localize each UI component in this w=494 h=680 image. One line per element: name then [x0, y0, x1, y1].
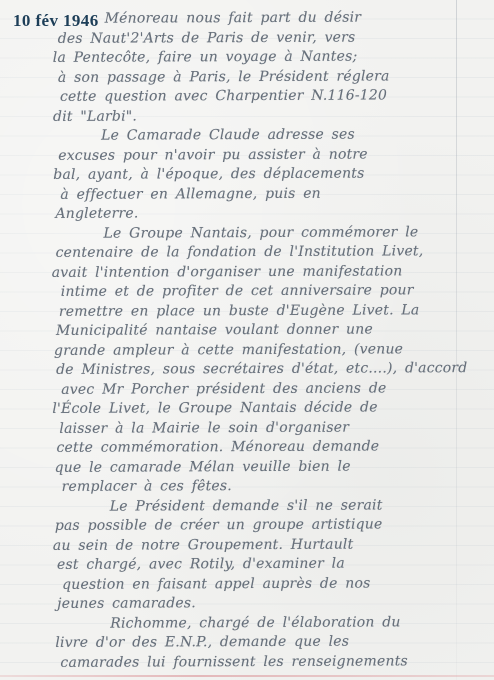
handwriting-line: l'École Livet, le Groupe Nantais décide … [52, 398, 460, 419]
handwriting-line: grande ampleur à cette manifestation, (v… [54, 340, 460, 361]
handwriting-line: Le Président demande s'il ne serait [60, 496, 461, 517]
handwriting-line: bal, ayant, à l'époque, des déplacements [53, 164, 459, 185]
handwriting-line: cette question avec Charpentier N.116-12… [60, 86, 459, 107]
handwriting-line: pas possible de créer un groupe artistiq… [55, 515, 461, 536]
handwriting-line: Richomme, chargé de l'élaboration du [60, 613, 461, 634]
handwriting-line: que le camarade Mélan veuille bien le [55, 457, 461, 478]
handwriting-line: question en faisant appel auprès de nos [62, 574, 461, 595]
handwriting-line: Municipalité nantaise voulant donner une [56, 320, 460, 341]
handwriting-line: remplacer à ces fêtes. [62, 476, 461, 497]
handwriting-line: Ménoreau nous fait part du désir [55, 8, 459, 29]
handwriting-line: camarades lui fournissent les renseignem… [60, 652, 461, 673]
handwriting-line: centenaire de la fondation de l'Institut… [56, 242, 460, 263]
handwriting-line: au sein de notre Groupement. Hurtault [53, 535, 461, 556]
handwritten-text: Ménoreau nous fait part du désirdes Naut… [55, 8, 462, 673]
handwriting-line: excuses pour n'avoir pu assister à notre [58, 145, 459, 166]
handwriting-line: Angleterre. [55, 203, 459, 224]
handwriting-line: livre d'or des E.N.P., demande que les [55, 632, 461, 653]
scanned-page: 10 fév 1946 Ménoreau nous fait part du d… [0, 0, 494, 680]
handwriting-line: jeunes camarades. [57, 593, 461, 614]
handwriting-line: la Pentecôte, faire un voyage à Nantes; [53, 47, 459, 68]
handwriting-line: est chargé, avec Rotily, d'examiner la [57, 554, 461, 575]
handwriting-line: avait l'intention d'organiser une manife… [52, 262, 460, 283]
handwriting-line: dit "Larbi". [53, 106, 459, 127]
bottom-page-edge [0, 675, 494, 677]
handwriting-line: remettre en place un buste d'Eugène Live… [59, 301, 460, 322]
handwriting-line: intime et de profiter de cet anniversair… [61, 281, 460, 302]
handwriting-line: des Naut'2'Arts de Paris de venir, vers [58, 28, 459, 49]
handwriting-line: avec Mr Porcher président des anciens de [61, 379, 460, 400]
handwriting-line: Le Camarade Claude adresse ses [51, 125, 459, 146]
handwriting-line: à effectuer en Allemagne, puis en [60, 184, 459, 205]
handwriting-line: Le Groupe Nantais, pour commémorer le [53, 223, 459, 244]
handwriting-line: cette commémoration. Ménoreau demande [56, 437, 460, 458]
handwriting-line: de Ministres, sous secrétaires d'état, e… [56, 359, 460, 380]
handwriting-line: à son passage à Paris, le Président régl… [58, 67, 459, 88]
handwriting-line: laisser à la Mairie le soin d'organiser [59, 418, 460, 439]
